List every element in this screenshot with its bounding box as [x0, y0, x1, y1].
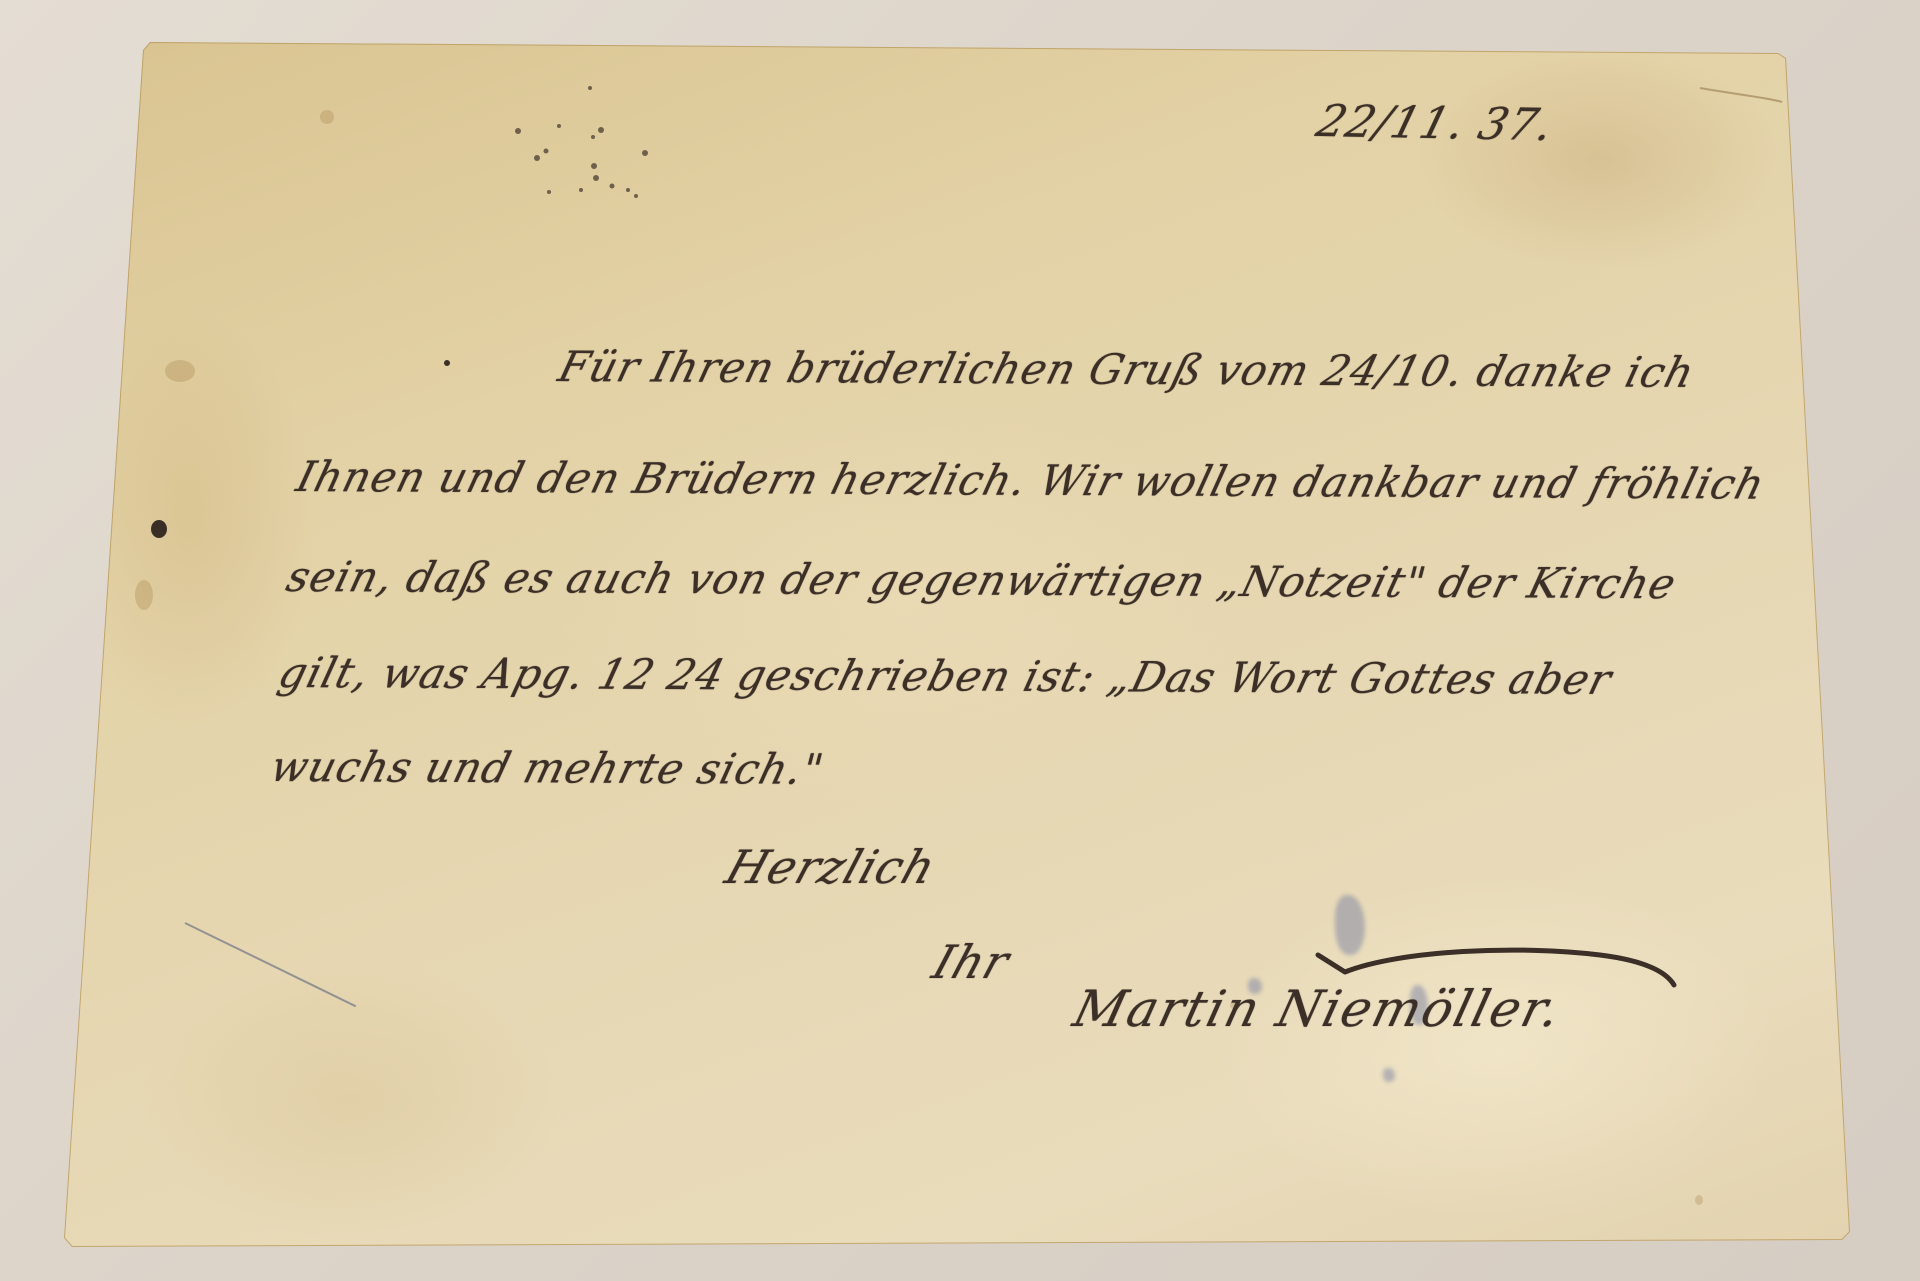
- closing-herzlich: Herzlich: [719, 840, 943, 894]
- blue-ink-stain: [1383, 1068, 1395, 1082]
- postmark-remnant: [0, 0, 1920, 1281]
- body-line-2: Ihnen und den Brüdern herzlich. Wir woll…: [292, 452, 1771, 509]
- ink-spot: [151, 520, 167, 538]
- body-line-5: wuchs und mehrte sich.": [266, 742, 829, 794]
- signature: Martin Niemöller.: [1068, 980, 1568, 1038]
- closing-ihr: Ihr: [926, 935, 1016, 989]
- foxing-spot: [135, 580, 153, 610]
- foxing-spot: [1695, 1195, 1703, 1205]
- body-line-4: gilt, was Apg. 12 24 geschrieben ist: „D…: [274, 648, 1617, 704]
- body-line-3: sein, daß es auch von der gegenwärtigen …: [282, 552, 1682, 608]
- postcard: 22/11. 37. Für Ihren brüderlichen Gruß v…: [0, 0, 1920, 1281]
- foxing-spot: [165, 360, 195, 382]
- ink-spot: [444, 360, 450, 366]
- blue-ink-stain: [1335, 895, 1365, 955]
- scratch-mark: [185, 922, 357, 1007]
- body-line-1: Für Ihren brüderlichen Gruß vom 24/10. d…: [554, 342, 1700, 397]
- signature-flourish: [0, 0, 1920, 1281]
- foxing-spot: [320, 110, 334, 124]
- date: 22/11. 37.: [1311, 96, 1559, 151]
